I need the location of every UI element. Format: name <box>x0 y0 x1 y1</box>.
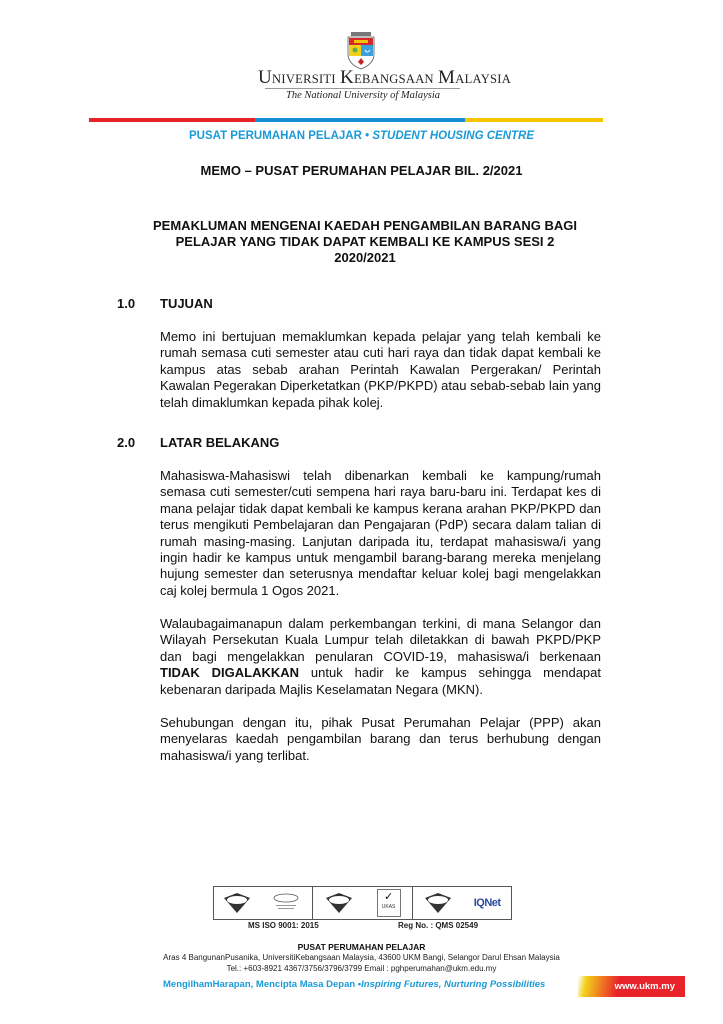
color-bar-blue <box>255 118 465 122</box>
university-name: UNIVERSITI KEBANGSAAN MALAYSIA <box>258 67 468 89</box>
cert-cell-3: IQNet <box>413 887 511 919</box>
main-title: PEMAKLUMAN MENGENAI KAEDAH PENGAMBILAN B… <box>120 218 610 266</box>
cert-cell-1 <box>214 887 313 919</box>
centre-name-en: STUDENT HOUSING CENTRE <box>372 130 534 142</box>
uni-word-3: MALAYSIA <box>438 67 511 88</box>
footer-address: Aras 4 BangunanPusanika, UniversitiKeban… <box>0 953 723 962</box>
quality-system-icon <box>324 892 354 914</box>
ukm-crest-icon <box>346 32 376 70</box>
section-heading-latar-belakang: 2.0LATAR BELAKANG <box>117 435 279 450</box>
footer-contact: Tel.: +603-8921 4367/3756/3796/3799 Emai… <box>0 964 723 973</box>
uni-word-2: KEBANGSAAN <box>340 67 434 88</box>
sirim-badge-icon <box>268 892 304 914</box>
color-bar-yellow <box>465 118 603 122</box>
footer-org-name: PUSAT PERUMAHAN PELAJAR <box>0 942 723 952</box>
paragraph-tujuan: Memo ini bertujuan memaklumkan kepada pe… <box>160 329 601 411</box>
quality-system-icon <box>222 892 252 914</box>
centre-name: PUSAT PERUMAHAN PELAJAR • STUDENT HOUSIN… <box>0 130 723 142</box>
slogan-en: Inspiring Futures, Nurturing Possibiliti… <box>361 979 545 990</box>
paragraph-latar-3: Sehubungan dengan itu, pihak Pusat Perum… <box>160 715 601 764</box>
section-number: 1.0 <box>117 296 160 311</box>
ukas-badge: ✓ UKAS <box>377 889 401 917</box>
brand-color-bar <box>89 118 603 122</box>
iqnet-badge: IQNet <box>474 897 501 909</box>
main-title-line-2: PELAJAR YANG TIDAK DAPAT KEMBALI KE KAMP… <box>120 234 610 250</box>
slogan-ms: MengilhamHarapan, Mencipta Masa Depan <box>163 979 358 990</box>
iso-standard-label: MS ISO 9001: 2015 <box>248 921 319 930</box>
ukas-text: UKAS <box>378 904 400 910</box>
section-title: LATAR BELAKANG <box>160 435 279 450</box>
memo-title: MEMO – PUSAT PERUMAHAN PELAJAR BIL. 2/20… <box>0 163 723 178</box>
main-title-line-1: PEMAKLUMAN MENGENAI KAEDAH PENGAMBILAN B… <box>120 218 610 234</box>
website-link[interactable]: www.ukm.my <box>578 976 685 997</box>
color-bar-red <box>89 118 255 122</box>
section-heading-tujuan: 1.0TUJUAN <box>117 296 213 311</box>
section-title: TUJUAN <box>160 296 213 311</box>
cert-cell-2: ✓ UKAS <box>313 887 412 919</box>
section-number: 2.0 <box>117 435 160 450</box>
certification-strip: ✓ UKAS IQNet <box>213 886 512 920</box>
emphasis-tidak-digalakkan: TIDAK DIGALAKKAN <box>160 665 299 680</box>
para-text: Walaubagaimanapun dalam perkembangan ter… <box>160 616 601 664</box>
centre-separator: • <box>365 130 369 142</box>
quality-system-icon <box>423 892 453 914</box>
paragraph-latar-2: Walaubagaimanapun dalam perkembangan ter… <box>160 616 601 698</box>
footer-slogan: MengilhamHarapan, Mencipta Masa Depan •I… <box>163 979 545 990</box>
university-tagline: The National University of Malaysia <box>258 90 468 101</box>
registration-number: Reg No. : QMS 02549 <box>398 921 478 930</box>
centre-name-ms: PUSAT PERUMAHAN PELAJAR <box>189 130 362 142</box>
paragraph-latar-1: Mahasiswa-Mahasiswi telah dibenarkan kem… <box>160 468 601 599</box>
main-title-line-3: 2020/2021 <box>120 250 610 266</box>
uni-word-1: UNIVERSITI <box>258 67 336 88</box>
logo-divider <box>265 88 460 89</box>
